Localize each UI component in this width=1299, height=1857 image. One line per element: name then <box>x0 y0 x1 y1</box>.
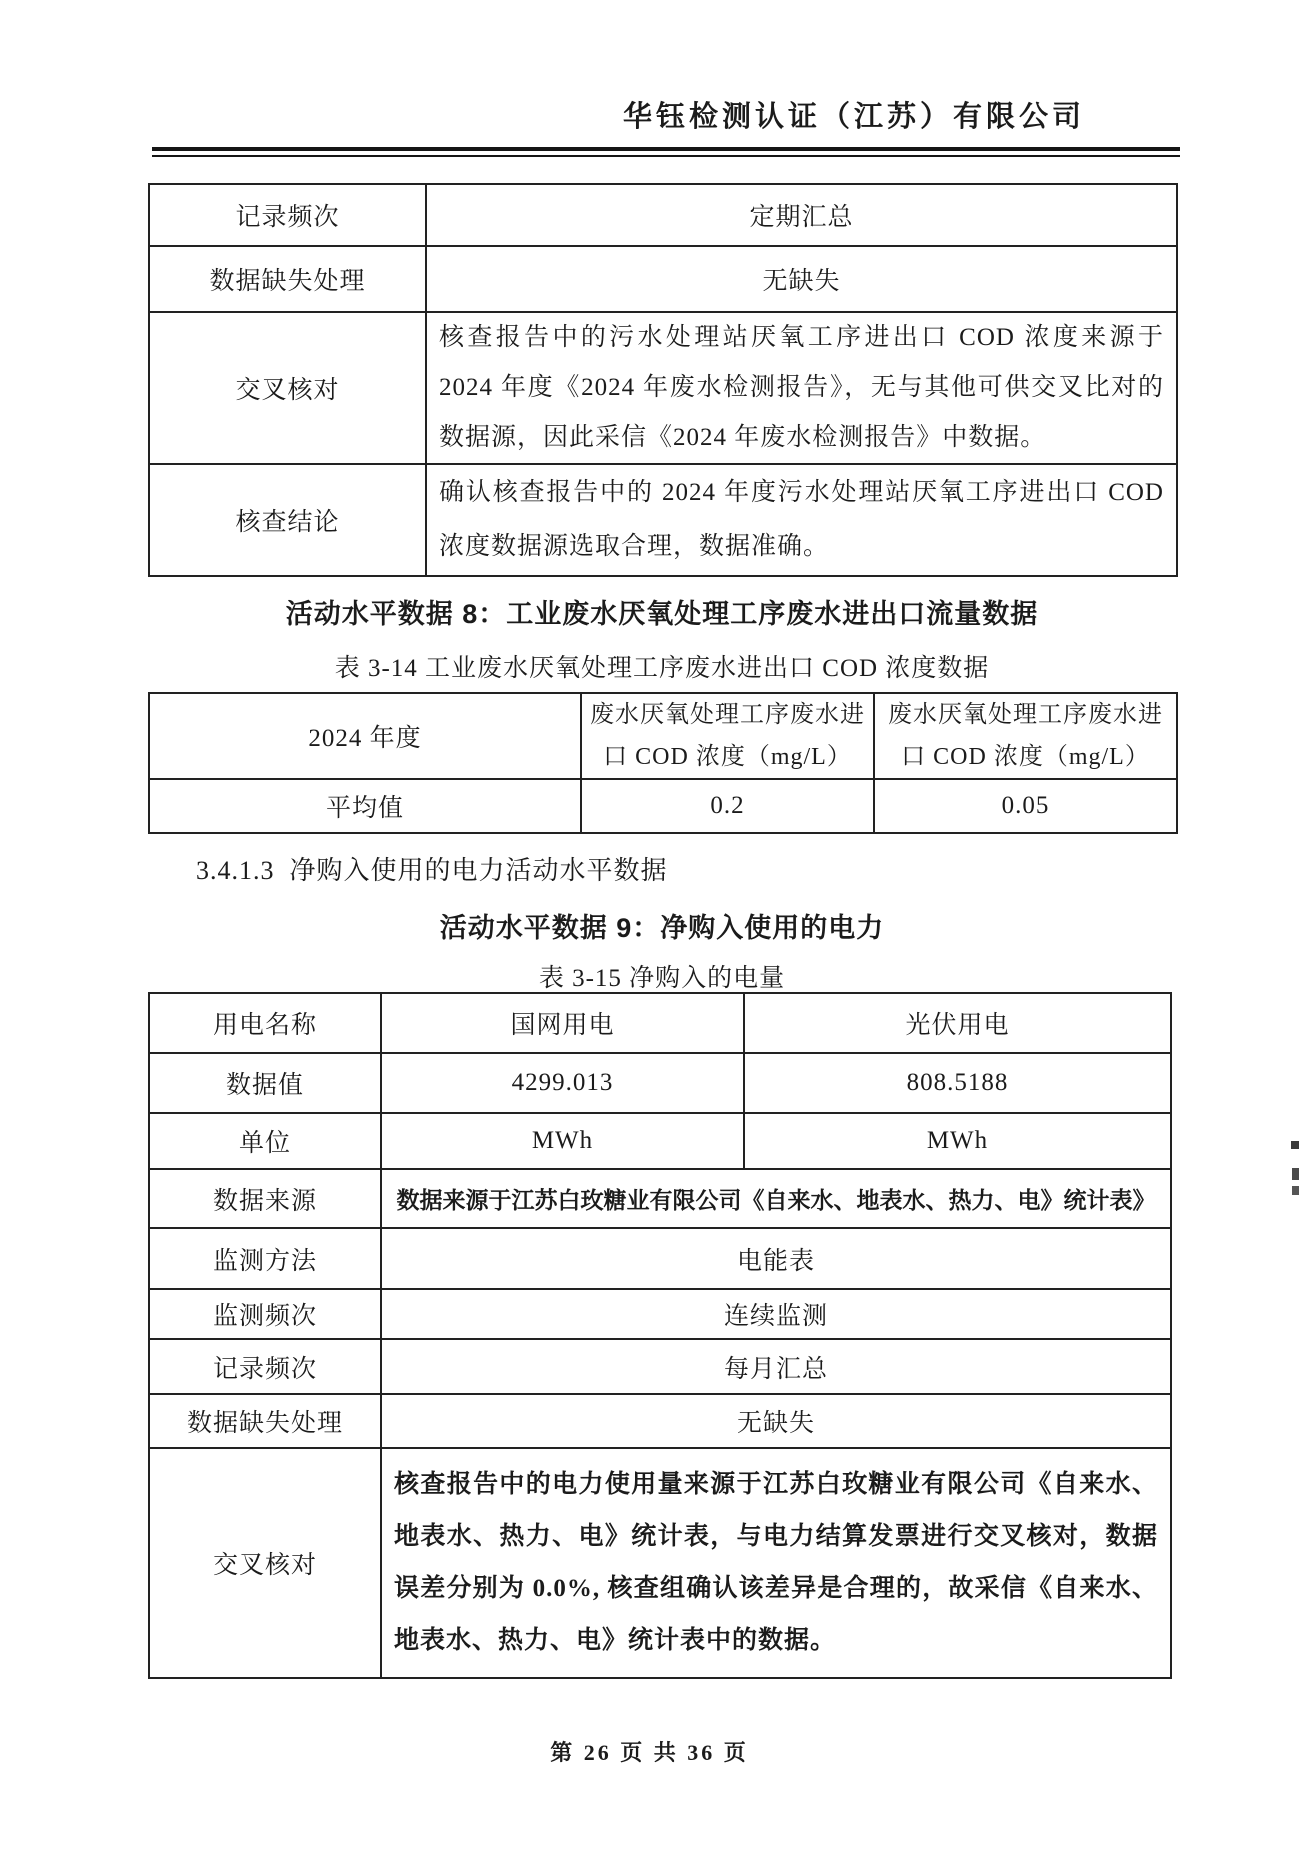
header-cell-year: 2024 年度 <box>149 693 581 779</box>
activity-data-8-heading: 活动水平数据 8：工业废水厌氧处理工序废水进出口流量数据 <box>148 592 1176 631</box>
solar-power-name: 光伏用电 <box>744 993 1171 1053</box>
row-label: 平均值 <box>149 779 581 833</box>
row-value-paragraph: 核查报告中的污水处理站厌氧工序进出口 COD 浓度来源于 2024 年度《202… <box>426 312 1177 464</box>
grid-power-name: 国网用电 <box>381 993 744 1053</box>
record-frequency-value: 每月汇总 <box>381 1339 1171 1394</box>
activity-data-9-heading: 活动水平数据 9：净购入使用的电力 <box>148 906 1176 945</box>
scan-artifact <box>1292 1186 1299 1195</box>
table-row: 数据值 4299.013 808.5188 <box>149 1053 1171 1113</box>
scan-artifact <box>1291 1141 1299 1149</box>
missing-data-value: 无缺失 <box>381 1394 1171 1448</box>
table-3-14-caption: 表 3-14 工业废水厌氧处理工序废水进出口 COD 浓度数据 <box>148 648 1176 684</box>
row-label: 核查结论 <box>149 464 426 576</box>
row-label: 记录频次 <box>149 184 426 246</box>
row-label: 数据来源 <box>149 1169 381 1228</box>
row-label: 数据缺失处理 <box>149 246 426 312</box>
table-row: 交叉核对 核查报告中的污水处理站厌氧工序进出口 COD 浓度来源于 2024 年… <box>149 312 1177 464</box>
table-row: 核查结论 确认核查报告中的 2024 年度污水处理站厌氧工序进出口 COD 浓度… <box>149 464 1177 576</box>
table-header-row: 2024 年度 废水厌氧处理工序废水进口 COD 浓度（mg/L） 废水厌氧处理… <box>149 693 1177 779</box>
table-row: 单位 MWh MWh <box>149 1113 1171 1169</box>
row-value-paragraph: 确认核查报告中的 2024 年度污水处理站厌氧工序进出口 COD 浓度数据源选取… <box>426 464 1177 576</box>
header-cell-outlet-cod: 废水厌氧处理工序废水进口 COD 浓度（mg/L） <box>874 693 1177 779</box>
row-label: 监测频次 <box>149 1289 381 1339</box>
cod-inlet-value: 0.2 <box>581 779 874 833</box>
row-label: 记录频次 <box>149 1339 381 1394</box>
row-value: 定期汇总 <box>426 184 1177 246</box>
table-3-14: 2024 年度 废水厌氧处理工序废水进口 COD 浓度（mg/L） 废水厌氧处理… <box>148 692 1178 834</box>
row-label: 数据缺失处理 <box>149 1394 381 1448</box>
table-row: 用电名称 国网用电 光伏用电 <box>149 993 1171 1053</box>
row-label: 交叉核对 <box>149 1448 381 1678</box>
table-row: 交叉核对 核查报告中的电力使用量来源于江苏白玫糖业有限公司《自来水、地表水、热力… <box>149 1448 1171 1678</box>
cross-check-paragraph: 核查报告中的电力使用量来源于江苏白玫糖业有限公司《自来水、地表水、热力、电》统计… <box>381 1448 1171 1678</box>
cod-outlet-value: 0.05 <box>874 779 1177 833</box>
row-label: 单位 <box>149 1113 381 1169</box>
table-3-15: 用电名称 国网用电 光伏用电 数据值 4299.013 808.5188 单位 … <box>148 992 1172 1679</box>
row-label: 数据值 <box>149 1053 381 1113</box>
header-double-rule <box>152 147 1180 157</box>
document-page: 华钰检测认证（江苏）有限公司 记录频次 定期汇总 数据缺失处理 无缺失 交叉核对… <box>0 0 1299 1857</box>
row-label: 用电名称 <box>149 993 381 1053</box>
table-row: 监测频次 连续监测 <box>149 1289 1171 1339</box>
scan-artifact <box>1292 1168 1299 1180</box>
page-number-footer: 第 26 页 共 36 页 <box>0 1736 1299 1767</box>
table-row: 数据缺失处理 无缺失 <box>149 246 1177 312</box>
table-3-15-caption: 表 3-15 净购入的电量 <box>148 958 1176 994</box>
grid-power-unit: MWh <box>381 1113 744 1169</box>
data-source-value: 数据来源于江苏白玫糖业有限公司《自来水、地表水、热力、电》统计表》 <box>381 1169 1171 1228</box>
section-3-4-1-3-title: 3.4.1.3 净购入使用的电力活动水平数据 <box>196 850 668 887</box>
solar-power-value: 808.5188 <box>744 1053 1171 1113</box>
table-row: 记录频次 每月汇总 <box>149 1339 1171 1394</box>
solar-power-unit: MWh <box>744 1113 1171 1169</box>
table-row: 监测方法 电能表 <box>149 1228 1171 1289</box>
table-cod-verification: 记录频次 定期汇总 数据缺失处理 无缺失 交叉核对 核查报告中的污水处理站厌氧工… <box>148 183 1178 577</box>
row-value: 无缺失 <box>426 246 1177 312</box>
table-row: 数据来源 数据来源于江苏白玫糖业有限公司《自来水、地表水、热力、电》统计表》 <box>149 1169 1171 1228</box>
row-label: 交叉核对 <box>149 312 426 464</box>
table-row: 平均值 0.2 0.05 <box>149 779 1177 833</box>
table-row: 记录频次 定期汇总 <box>149 184 1177 246</box>
grid-power-value: 4299.013 <box>381 1053 744 1113</box>
company-header: 华钰检测认证（江苏）有限公司 <box>623 94 1085 135</box>
monitor-frequency-value: 连续监测 <box>381 1289 1171 1339</box>
monitor-method-value: 电能表 <box>381 1228 1171 1289</box>
header-cell-inlet-cod: 废水厌氧处理工序废水进口 COD 浓度（mg/L） <box>581 693 874 779</box>
table-row: 数据缺失处理 无缺失 <box>149 1394 1171 1448</box>
row-label: 监测方法 <box>149 1228 381 1289</box>
